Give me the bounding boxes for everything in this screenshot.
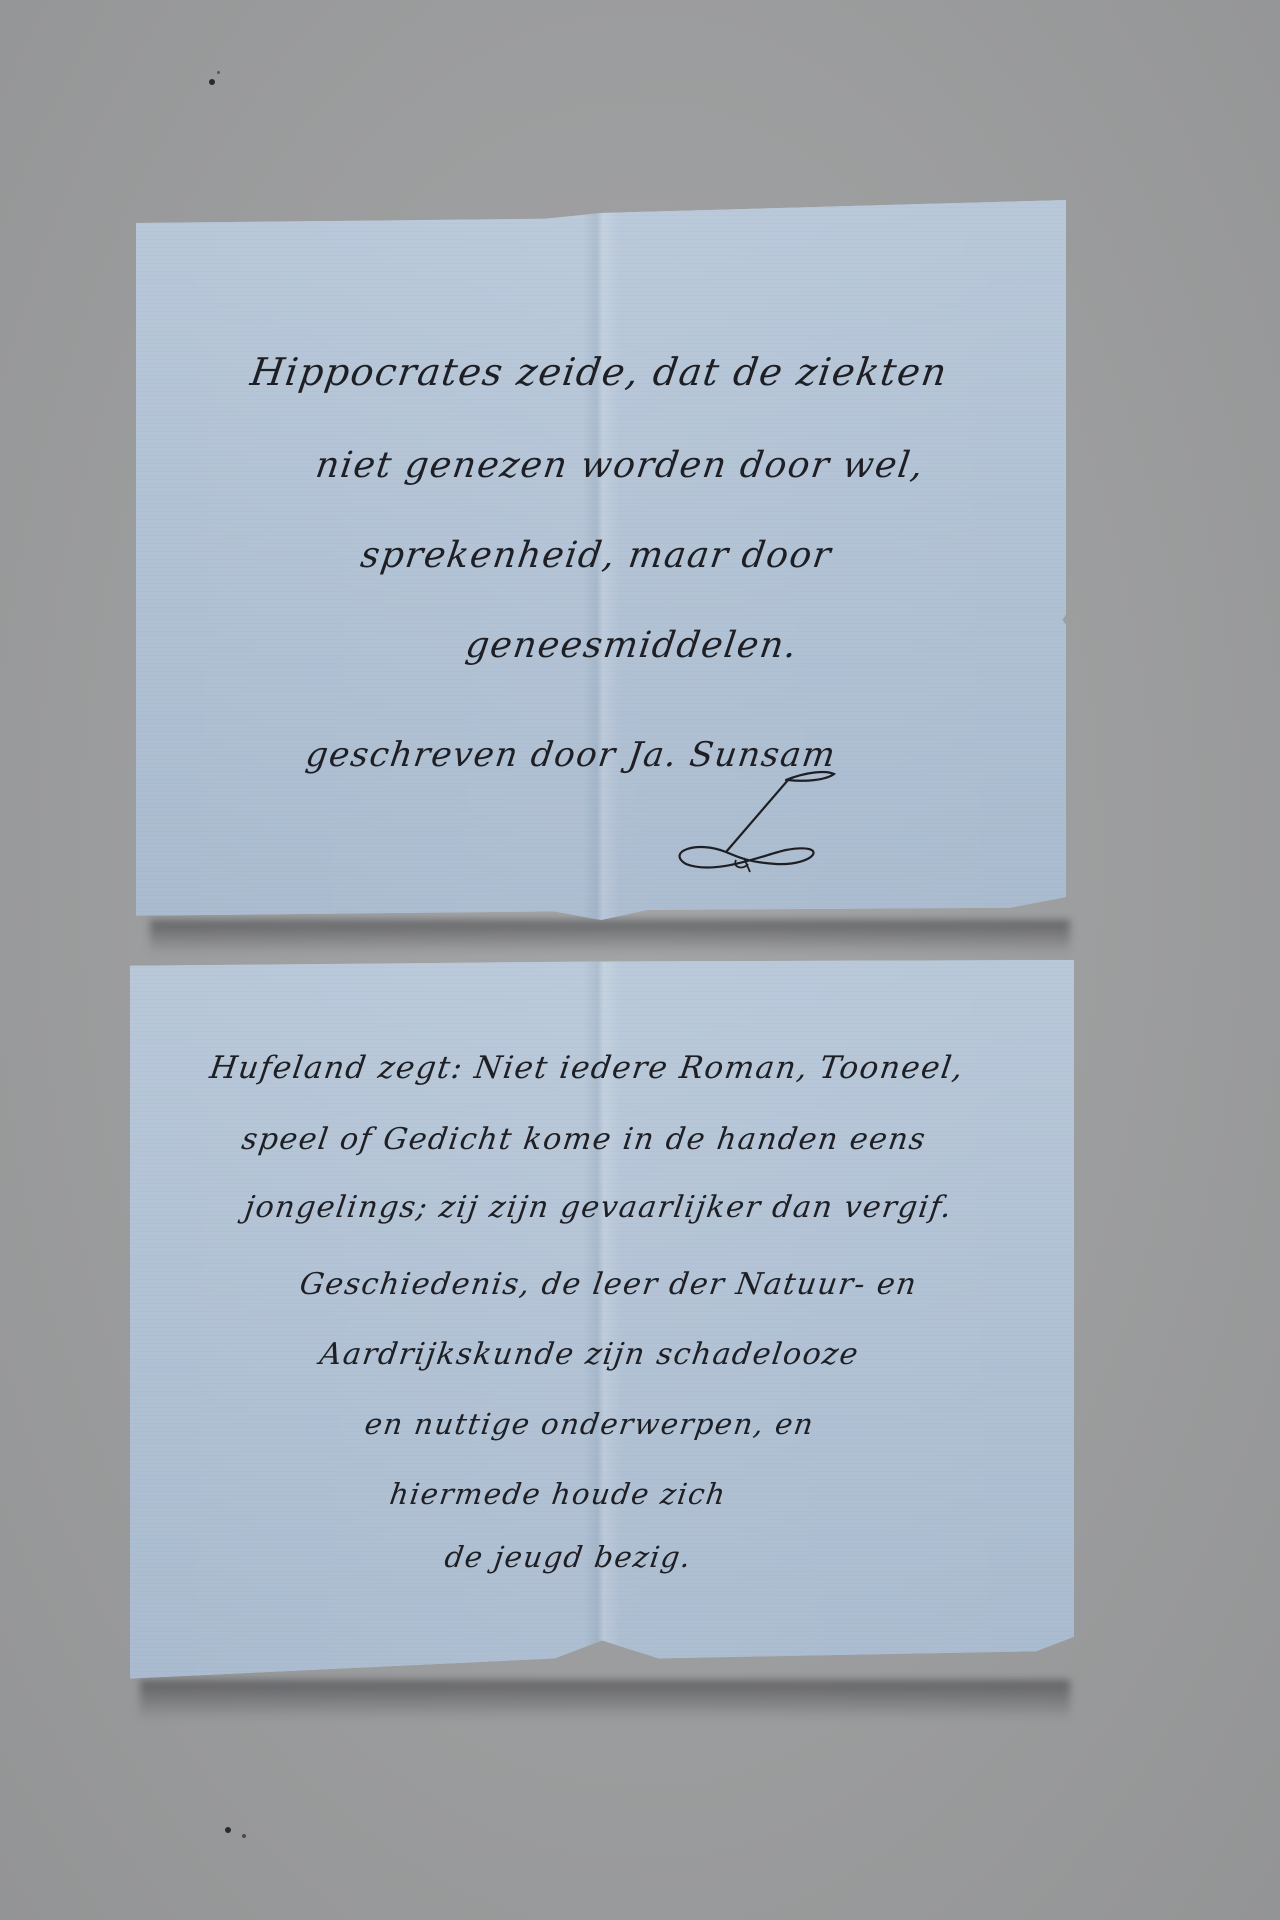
sheet-2-line-4: Geschiedenis, de leer der Natuur- en (298, 1267, 920, 1302)
sheet-2-line-5: Aardrijkskunde zijn schadelooze (318, 1337, 862, 1372)
sheet-shadow (140, 1680, 1070, 1720)
sheet-1-line-3: sprekenheid, maar door (358, 535, 834, 576)
sheet-2-line-2: speel of Gedicht kome in de handen eens (240, 1122, 929, 1157)
dust-speck (209, 79, 215, 85)
sheet-2-line-1: Hufeland zegt: Niet iedere Roman, Toonee… (207, 1050, 966, 1086)
signature-flourish-icon (656, 760, 846, 880)
sheet-2-line-8: de jeugd bezig. (443, 1540, 694, 1574)
manuscript-sheet-1: Hippocrates zeide, dat de ziekten niet g… (136, 200, 1066, 920)
sheet-1-line-2: niet genezen worden door wel, (313, 445, 927, 486)
manuscript-sheet-2: Hufeland zegt: Niet iedere Roman, Toonee… (130, 960, 1074, 1680)
sheet-shadow (150, 920, 1070, 954)
dust-speck (242, 1834, 246, 1838)
sheet-1-line-4: geneesmiddelen. (463, 625, 800, 666)
sheet-2-line-6: en nuttige onderwerpen, en (363, 1407, 817, 1441)
sheet-1-line-1: Hippocrates zeide, dat de ziekten (248, 350, 951, 394)
sheet-2-line-3: jongelings; zij zijn gevaarlijker dan ve… (243, 1190, 955, 1225)
dust-speck (217, 71, 220, 74)
dust-speck (225, 1827, 231, 1833)
sheet-2-line-7: hiermede houde zich (388, 1477, 729, 1511)
